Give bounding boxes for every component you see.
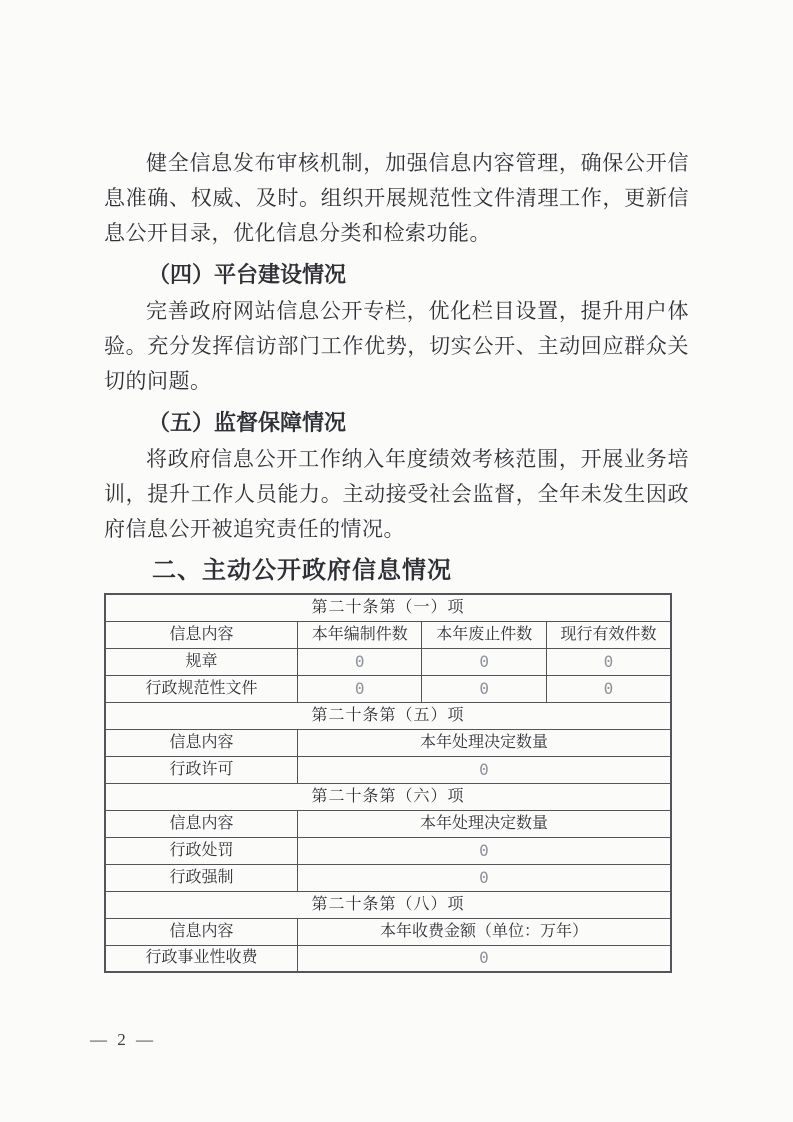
table-row: 行政规范性文件 0 0 0 — [105, 675, 671, 702]
table-row: 第二十条第（八）项 — [105, 891, 671, 918]
cell-value: 0 — [297, 945, 671, 972]
table-row: 信息内容 本年处理决定数量 — [105, 810, 671, 837]
table-row: 第二十条第（一）项 — [105, 594, 671, 621]
column-header-compiled-count: 本年编制件数 — [297, 621, 422, 648]
table-row: 信息内容 本年编制件数 本年废止件数 现行有效件数 — [105, 621, 671, 648]
cell-value: 0 — [297, 675, 422, 702]
column-header-decisions-count: 本年处理决定数量 — [297, 729, 671, 756]
heading-section-4-platform: （四）平台建设情况 — [104, 257, 689, 292]
cell-value: 0 — [297, 864, 671, 891]
column-header-decisions-count: 本年处理决定数量 — [297, 810, 671, 837]
row-label-normative-documents: 行政规范性文件 — [105, 675, 297, 702]
table-row: 信息内容 本年收费金额（单位：万年） — [105, 918, 671, 945]
section-title-article20-item5: 第二十条第（五）项 — [105, 702, 671, 729]
cell-value: 0 — [422, 648, 547, 675]
table-row: 第二十条第（六）项 — [105, 783, 671, 810]
cell-value: 0 — [422, 675, 547, 702]
section-title-article20-item1: 第二十条第（一）项 — [105, 594, 671, 621]
table-row: 行政许可 0 — [105, 756, 671, 783]
table-row: 行政事业性收费 0 — [105, 945, 671, 972]
row-label-administrative-licensing: 行政许可 — [105, 756, 297, 783]
page-number: — 2 — — [90, 1030, 156, 1050]
cell-value: 0 — [546, 648, 671, 675]
column-header-info-content: 信息内容 — [105, 729, 297, 756]
scanned-report-page: { "page": { "number_label": "— 2 —" }, "… — [0, 0, 793, 1122]
column-header-repealed-count: 本年废止件数 — [422, 621, 547, 648]
column-header-info-content: 信息内容 — [105, 918, 297, 945]
column-header-effective-count: 现行有效件数 — [546, 621, 671, 648]
document-content: 健全信息发布审核机制，加强信息内容管理，确保公开信息准确、权威、及时。组织开展规… — [104, 146, 689, 973]
row-label-administrative-coercion: 行政强制 — [105, 864, 297, 891]
heading-proactive-disclosure: 二、主动公开政府信息情况 — [104, 555, 689, 587]
row-label-administrative-penalty: 行政处罚 — [105, 837, 297, 864]
cell-value: 0 — [546, 675, 671, 702]
table-row: 行政强制 0 — [105, 864, 671, 891]
paragraph-info-review: 健全信息发布审核机制，加强信息内容管理，确保公开信息准确、权威、及时。组织开展规… — [104, 146, 689, 251]
table-row: 第二十条第（五）项 — [105, 702, 671, 729]
row-label-administrative-fees: 行政事业性收费 — [105, 945, 297, 972]
paragraph-supervision: 将政府信息公开工作纳入年度绩效考核范围，开展业务培训，提升工作人员能力。主动接受… — [104, 442, 689, 547]
section-title-article20-item8: 第二十条第（八）项 — [105, 891, 671, 918]
paragraph-platform: 完善政府网站信息公开专栏，优化栏目设置，提升用户体验。充分发挥信访部门工作优势，… — [104, 294, 689, 399]
cell-value: 0 — [297, 648, 422, 675]
column-header-info-content: 信息内容 — [105, 621, 297, 648]
table-row: 规章 0 0 0 — [105, 648, 671, 675]
cell-value: 0 — [297, 837, 671, 864]
cell-value: 0 — [297, 756, 671, 783]
column-header-info-content: 信息内容 — [105, 810, 297, 837]
heading-section-5-supervision: （五）监督保障情况 — [104, 405, 689, 440]
section-title-article20-item6: 第二十条第（六）项 — [105, 783, 671, 810]
table-row: 行政处罚 0 — [105, 837, 671, 864]
table-row: 信息内容 本年处理决定数量 — [105, 729, 671, 756]
column-header-fee-amount: 本年收费金额（单位：万年） — [297, 918, 671, 945]
disclosure-statistics-table: 第二十条第（一）项 信息内容 本年编制件数 本年废止件数 现行有效件数 规章 0… — [104, 593, 672, 973]
row-label-regulations: 规章 — [105, 648, 297, 675]
